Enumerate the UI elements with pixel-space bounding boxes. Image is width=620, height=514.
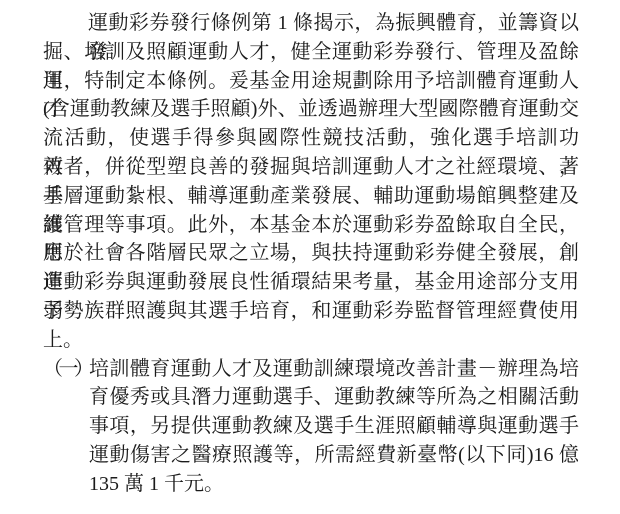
text-line: 事項，另提供運動教練及選手生涯照顧輔導與運動選手 xyxy=(43,412,579,441)
list-item-marker: （一） xyxy=(43,355,89,384)
text-line: 弱勢族群照護與其選手培育，和運動彩券監督管理經費使用 xyxy=(43,297,579,326)
document-page: 運動彩券發行條例第 1 條揭示，為振興體育，並籌資以發 掘、培訓及照顧運動人才，… xyxy=(0,0,620,514)
text-line: 運動彩券發行條例第 1 條揭示，為振興體育，並籌資以發 xyxy=(43,9,579,38)
main-paragraph: 運動彩券發行條例第 1 條揭示，為振興體育，並籌資以發 掘、培訓及照顧運動人才，… xyxy=(43,9,579,355)
list-item-first-line: （一） 培訓體育運動人才及運動訓練環境改善計畫－辦理為培 xyxy=(43,355,579,384)
text-line: 培訓體育運動人才及運動訓練環境改善計畫－辦理為培 xyxy=(89,355,579,384)
text-line: 育優秀或具潛力運動選手、運動教練等所為之相關活動 xyxy=(43,383,579,412)
text-line: 掘、培訓及照顧運動人才，健全運動彩券發行、管理及盈餘運 xyxy=(43,38,579,67)
text-line: 上。 xyxy=(43,326,579,355)
text-line: 135 萬 1 千元。 xyxy=(43,470,579,499)
text-line: 運動彩券與運動發展良性循環結果考量，基金用途部分支用予 xyxy=(43,268,579,297)
text-line: 護管理等事項。此外，本基金本於運動彩券盈餘取自全民，應 xyxy=(43,211,579,240)
text-line: 運動傷害之醫療照護等，所需經費新臺幣(以下同)16 億 xyxy=(43,441,579,470)
text-line: (含運動教練及選手照顧)外、並透過辦理大型國際體育運動交 xyxy=(43,95,579,124)
list-item-1: （一） 培訓體育運動人才及運動訓練環境改善計畫－辦理為培 育優秀或具潛力運動選手… xyxy=(43,355,579,499)
text-line: 再者，併從型塑良善的發掘與培訓運動人才之社經環境、著手 xyxy=(43,153,579,182)
text-line: 用，特制定本條例。爰基金用途規劃除用予培訓體育運動人才 xyxy=(43,67,579,96)
text-line: 用於社會各階層民眾之立場，與扶持運動彩券健全發展，創造 xyxy=(43,239,579,268)
text-line: 基層運動紮根、輔導運動產業發展、輔助運動場館興整建及維 xyxy=(43,182,579,211)
text-line: 流活動，使選手得參與國際性競技活動，強化選手培訓功效， xyxy=(43,124,579,153)
